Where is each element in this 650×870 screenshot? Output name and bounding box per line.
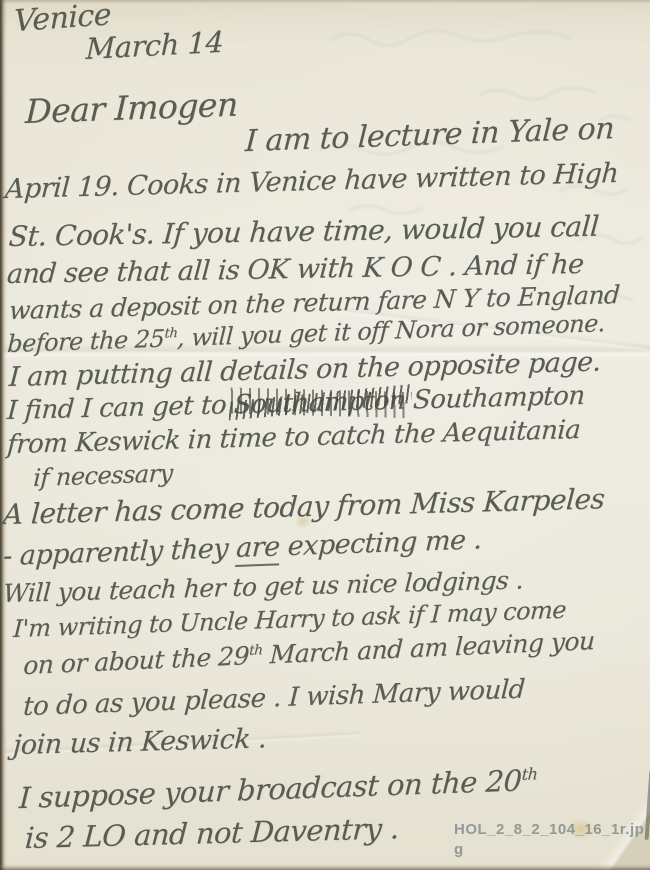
line-text: I find I can get to [6, 390, 235, 426]
letter-line: if necessary [33, 459, 174, 492]
ordinal-superscript: th [249, 642, 263, 659]
scribbled-out-word: Southampton [233, 386, 406, 421]
ordinal-superscript: th [521, 764, 538, 784]
letter-date: March 14 [85, 25, 223, 66]
scan-edge-left [0, 0, 7, 870]
letter-scan-page: Venice March 14 Dear Imogen I am to lect… [0, 0, 650, 870]
filename-watermark: HOL_2_8_2_104_16_1r.jpg [454, 820, 650, 859]
line-text: before the 25 [7, 325, 166, 359]
ordinal-superscript: th [164, 326, 178, 341]
letter-salutation: Dear Imogen [25, 85, 239, 131]
line-text: Southampton [404, 381, 585, 416]
underlined-word: are [235, 531, 280, 567]
scan-edge-bottom [0, 864, 650, 870]
